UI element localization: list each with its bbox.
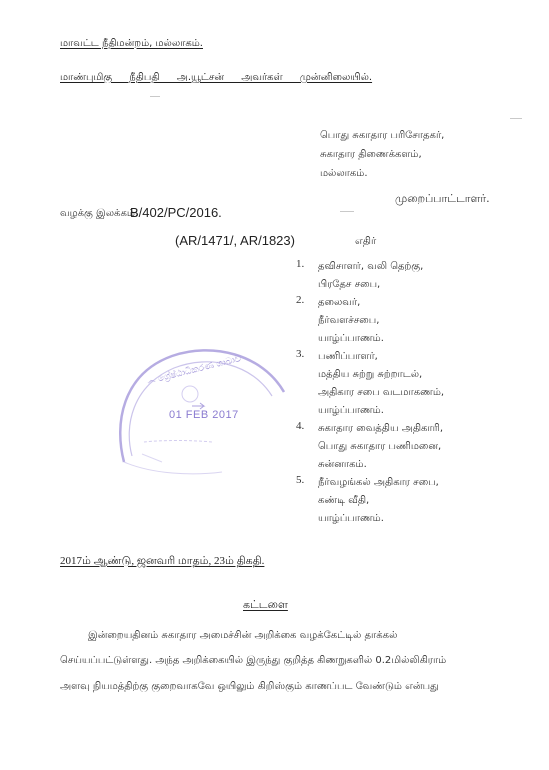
respondent-line: கண்டி வீதி,: [318, 492, 444, 510]
versus-label: எதிர்: [355, 236, 376, 248]
complainant-line: பொது சுகாதார பரிசோதகர்,: [320, 130, 444, 142]
paragraph-line: அளவு நியமத்திற்கு குறைவாகவே ஒயிலும் கிறி…: [60, 681, 439, 693]
complainant-role: முறைப்பாட்டாளர்.: [395, 192, 490, 207]
official-stamp: ෴ ශ්‍රේෂ්ඨාධිකරණ ශාඛාව 01 FEB 2017: [112, 344, 292, 476]
respondent-line: சுகாதார வைத்திய அதிகாரி,: [318, 420, 444, 438]
respondent-line: யாழ்ப்பாணம்.: [318, 510, 444, 528]
respondent-line: பிரதேச சபை,: [318, 276, 444, 294]
complainant-line: சுகாதார திணைக்களம்,: [320, 149, 422, 161]
case-references: (AR/1471/, AR/1823): [175, 233, 295, 248]
respondent-item: 4. சுகாதார வைத்திய அதிகாரி, பொது சுகாதார…: [296, 420, 444, 474]
respondent-list: 1. தவிசாளர், வலி தெற்கு, பிரதேச சபை, 2. …: [296, 258, 444, 528]
respondent-line: அதிகார சபை வடமாகணம்,: [318, 384, 444, 402]
respondent-number: 1.: [296, 258, 304, 270]
respondent-line: நீர்வழங்கல் அதிகார சபை,: [318, 474, 444, 492]
respondent-line: யாழ்ப்பாணம்.: [318, 330, 444, 348]
paragraph-line: இன்றையதினம் சுகாதார அமைச்சின் அறிக்கை வழ…: [60, 630, 397, 642]
paragraph-text: இன்றையதினம் சுகாதார அமைச்சின் அறிக்கை வழ…: [88, 630, 397, 641]
case-number-label: வழக்கு இலக்கம்:: [60, 208, 138, 220]
respondent-line: பொது சுகாதார பணிமனை,: [318, 438, 444, 456]
respondent-line: நீர்வளச்சபை,: [318, 312, 444, 330]
order-title: கட்டளை: [243, 598, 288, 613]
respondent-item: 1. தவிசாளர், வலி தெற்கு, பிரதேச சபை,: [296, 258, 444, 294]
paragraph-line: செய்யப்பட்டுள்ளது. அந்த அறிக்கையில் இருந…: [60, 655, 446, 667]
case-number: B/402/PC/2016.: [130, 205, 222, 220]
respondent-number: 4.: [296, 420, 304, 432]
respondent-number: 3.: [296, 348, 304, 360]
court-heading: மாவட்ட நீதிமன்றம், மல்லாகம்.: [60, 38, 203, 50]
scan-artifact: [150, 96, 160, 97]
respondent-line: மத்திய சுற்று சுற்றாடல்,: [318, 366, 444, 384]
respondent-item: 3. பணிப்பாளர், மத்திய சுற்று சுற்றாடல், …: [296, 348, 444, 420]
respondent-line: சுன்னாகம்.: [318, 456, 444, 474]
stamp-date: 01 FEB 2017: [169, 409, 239, 421]
respondent-line: தவிசாளர், வலி தெற்கு,: [318, 258, 444, 276]
document-page: மாவட்ட நீதிமன்றம், மல்லாகம். மாண்புமிகு …: [0, 0, 549, 770]
scan-artifact: [340, 211, 354, 212]
respondent-line: பணிப்பாளர்,: [318, 348, 444, 366]
complainant-line: மல்லாகம்.: [320, 168, 368, 180]
order-date: 2017ம் ஆண்டு, ஜனவரி மாதம், 23ம் திகதி.: [60, 555, 264, 569]
respondent-number: 5.: [296, 474, 304, 486]
respondent-line: யாழ்ப்பாணம்.: [318, 402, 444, 420]
respondent-item: 5. நீர்வழங்கல் அதிகார சபை, கண்டி வீதி, ய…: [296, 474, 444, 528]
respondent-number: 2.: [296, 294, 304, 306]
respondent-item: 2. தலைவர், நீர்வளச்சபை, யாழ்ப்பாணம்.: [296, 294, 444, 348]
scan-artifact: [510, 118, 522, 119]
judge-line: மாண்புமிகு நீதிபதி அ.யூட்சன் அவர்கள் முன…: [60, 72, 372, 84]
svg-text:෴ ශ්‍රේෂ්ඨාධිකරණ ශාඛාව: ෴ ශ්‍රේෂ්ඨාධිකරණ ශාඛාව: [146, 353, 243, 387]
respondent-line: தலைவர்,: [318, 294, 444, 312]
